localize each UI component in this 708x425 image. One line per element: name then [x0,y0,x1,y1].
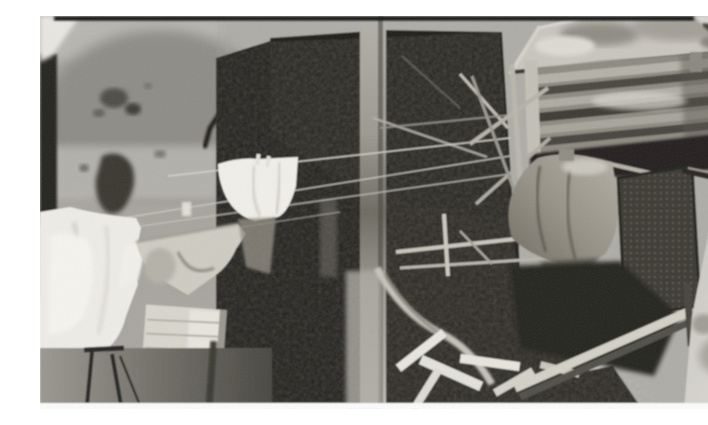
film-grain-overlay [40,16,708,409]
photo-canvas [40,16,708,409]
photograph: Black-and-white archival photograph of a… [40,16,708,409]
